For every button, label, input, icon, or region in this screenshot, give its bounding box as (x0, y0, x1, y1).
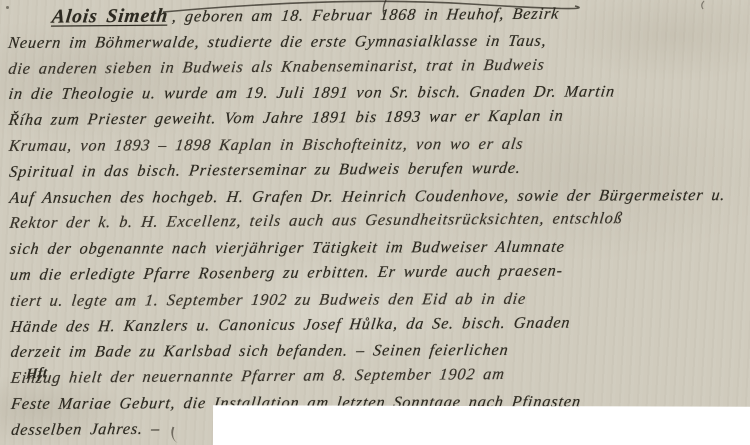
manuscript-page: Alois Simeth, geboren am 18. Februar 186… (0, 0, 750, 445)
manuscript-line: Alois Simeth, geboren am 18. Februar 186… (50, 0, 750, 30)
manuscript-line: Říha zum Priester geweiht. Vom Jahre 189… (7, 102, 750, 134)
interlinear-insertion: Hft (25, 365, 47, 383)
manuscript-line: die anderen sieben in Budweis als Knaben… (7, 51, 750, 83)
manuscript-line: Rektor der k. b. H. Excellenz, teils auc… (8, 205, 750, 237)
person-name-underlined: Alois Simeth (51, 6, 170, 28)
line-text: , geboren am 18. Februar 1868 in Heuhof,… (171, 5, 560, 26)
manuscript-line: Hände des H. Kanzlers u. Canonicus Josef… (9, 309, 750, 341)
manuscript-line: Einzug hielt der neuernannte Pfarrer am … (9, 360, 750, 392)
blank-redaction-patch (213, 405, 750, 445)
manuscript-line: um die erledigte Pfarre Rosenberg zu erb… (9, 257, 750, 289)
manuscript-line: Spiritual in das bisch. Priesterseminar … (8, 154, 750, 186)
handwritten-text: Alois Simeth, geboren am 18. Februar 186… (6, 0, 750, 443)
